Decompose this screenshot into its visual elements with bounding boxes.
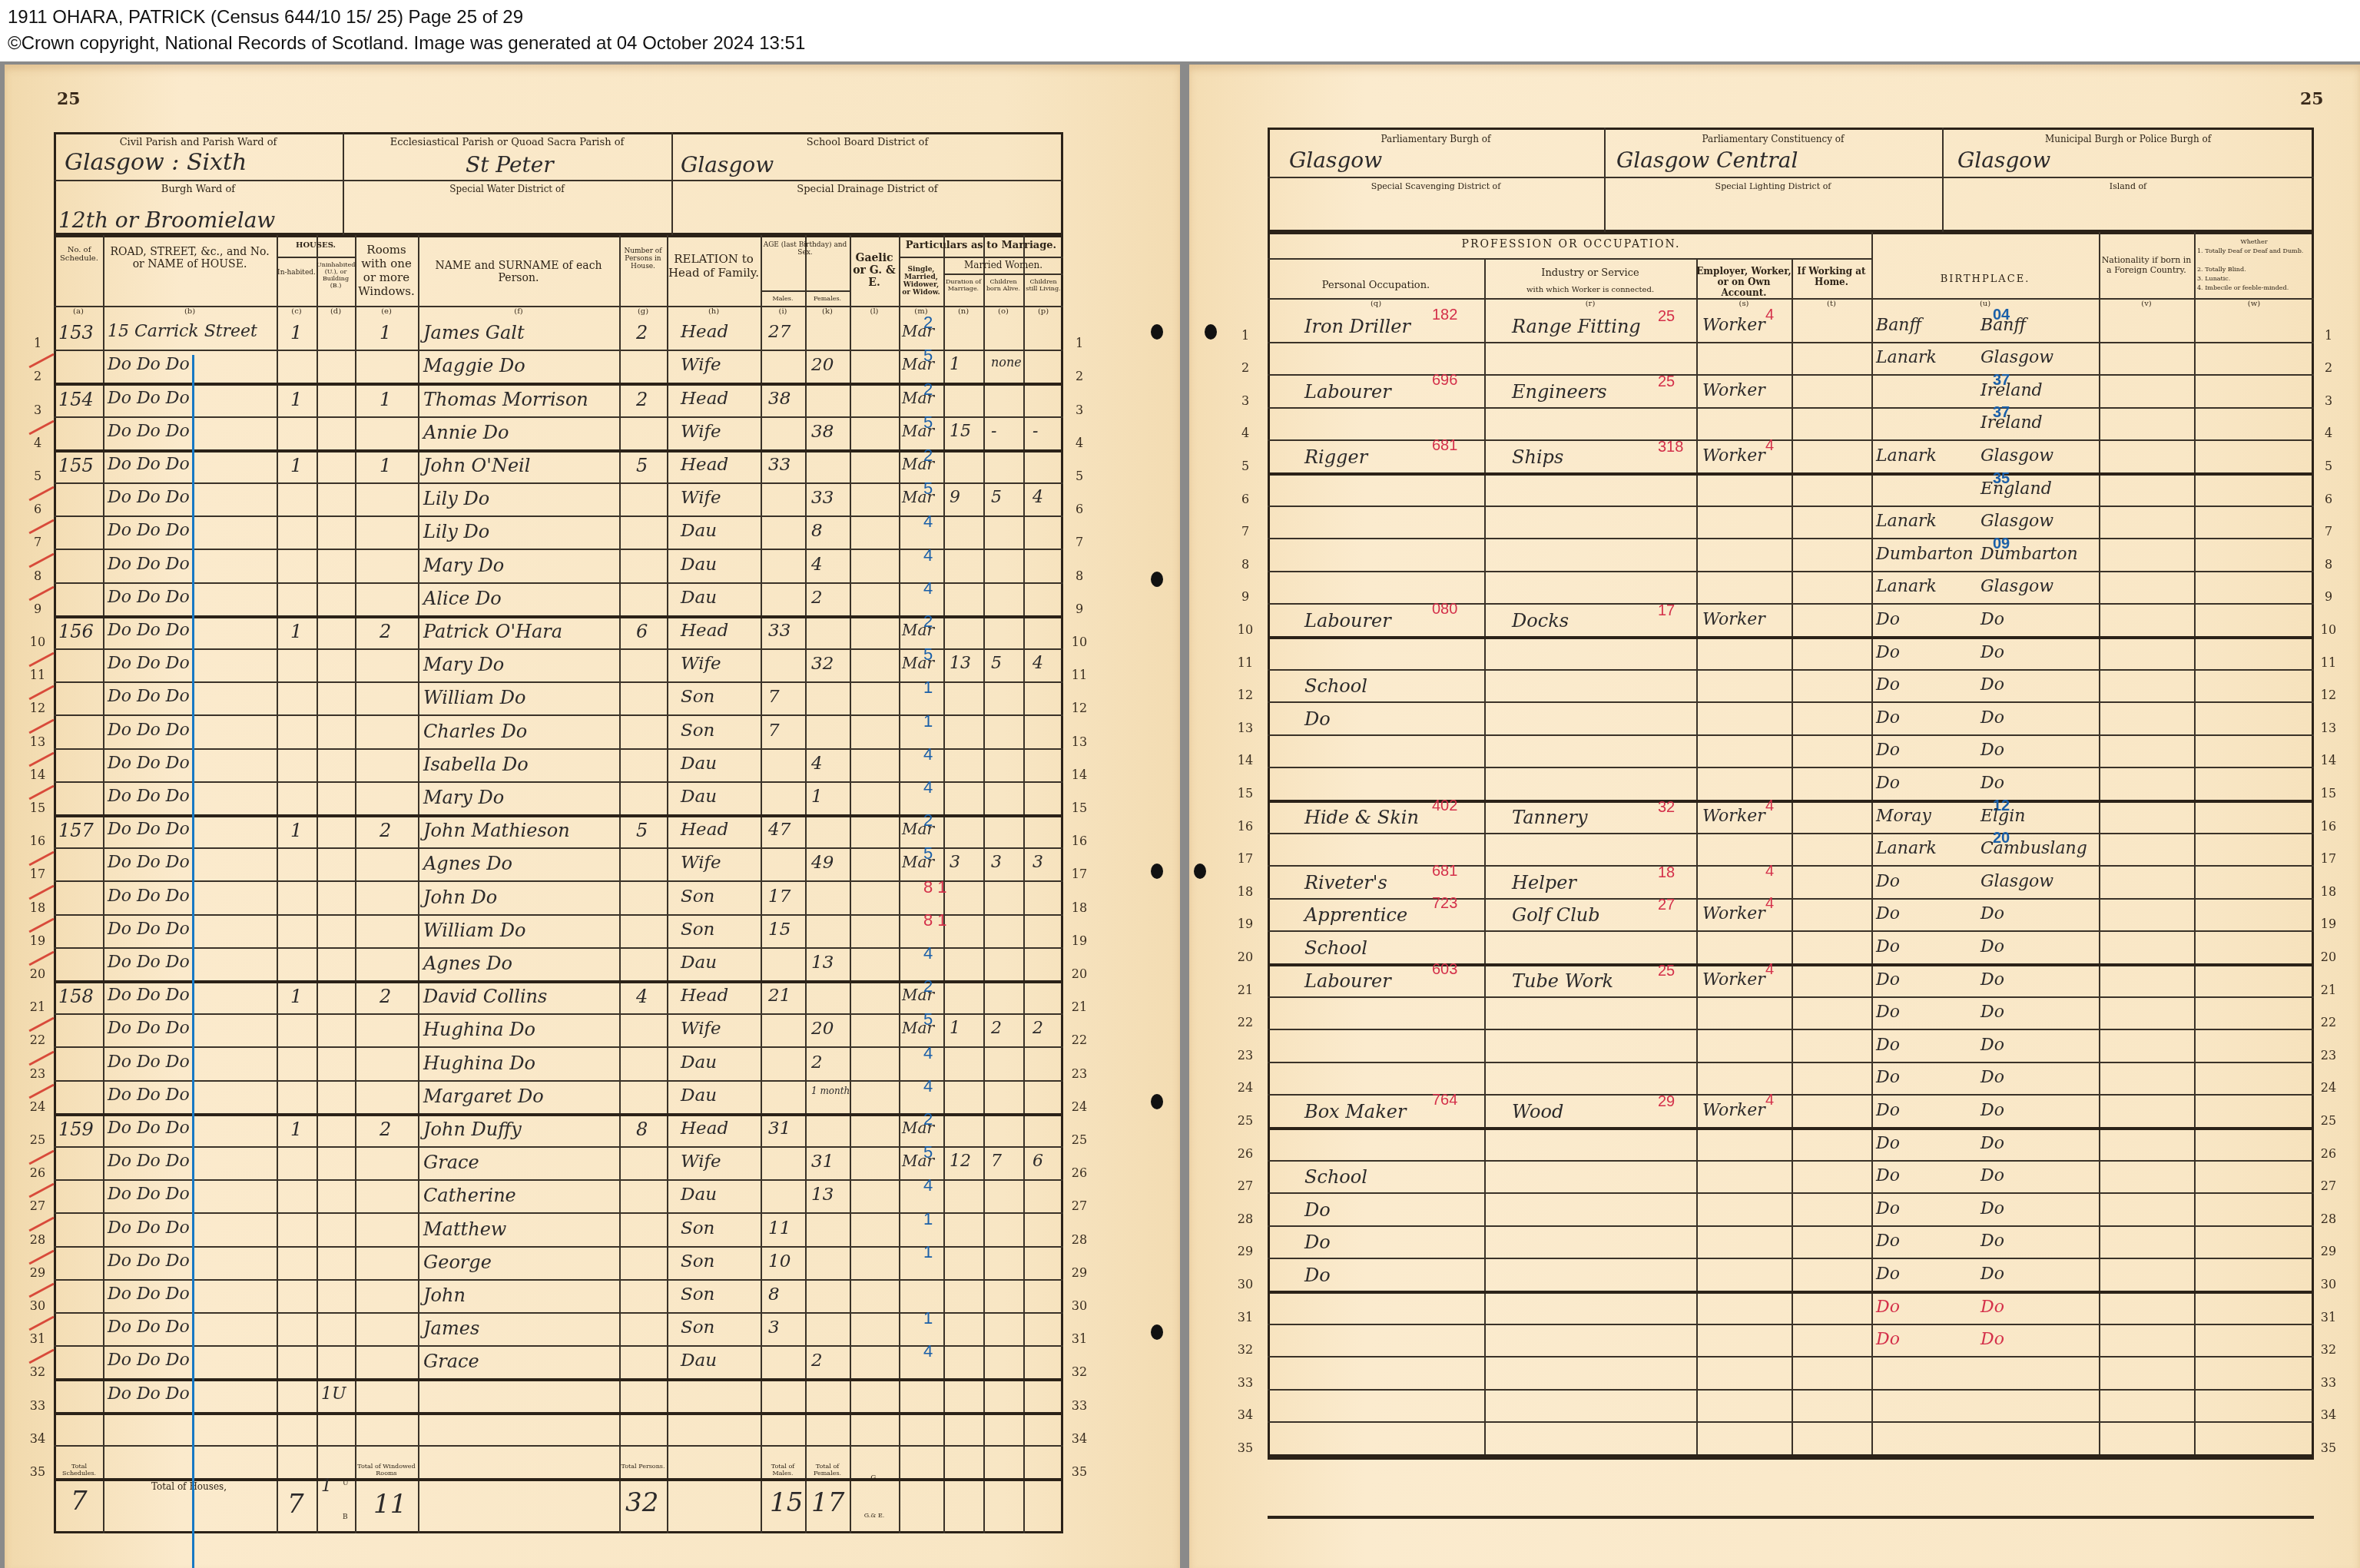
personal-occupation: Rigger: [1304, 446, 1367, 468]
marriage-duration: 12: [950, 1152, 971, 1171]
employer-status: Worker: [1702, 381, 1765, 400]
red-check-mark: [28, 1283, 54, 1298]
birthplace-place: Do: [1980, 904, 2004, 923]
row-number-right: 10: [2317, 622, 2340, 637]
row-rule: [54, 1046, 1063, 1048]
employer-code: 4: [1765, 797, 1774, 815]
row-number-right: 30: [1068, 1298, 1091, 1313]
road-street: Do Do Do: [108, 588, 190, 607]
personal-occupation: Do: [1304, 1232, 1331, 1253]
age-female: 1: [811, 787, 823, 807]
row-number-left: 1: [1234, 328, 1257, 343]
birthplace-county: Lanark: [1876, 512, 1937, 531]
row-rule: [54, 582, 1063, 584]
col-personal-occupation-header: Personal Occupation.: [1268, 280, 1484, 291]
col-marriage-header: Particulars as to Marriage.: [899, 240, 1063, 251]
row-rule: [54, 1279, 1063, 1281]
total-houses-inhabited: 7: [287, 1489, 304, 1520]
row-rule: [1268, 1160, 2314, 1162]
row-rule: [54, 1345, 1063, 1347]
employer-status: Worker: [1702, 970, 1765, 990]
col-infirmity-2: 2. Totally Blind.: [2197, 266, 2312, 273]
row-number-left: 33: [1234, 1375, 1257, 1390]
condition-code: 5: [923, 645, 933, 665]
row-rule: [1268, 800, 2314, 803]
children-born-alive: 3: [991, 853, 1002, 872]
row-number-right: 26: [1068, 1165, 1091, 1180]
person-name: Charles Do: [423, 721, 527, 742]
children-born-alive: none: [991, 355, 1022, 370]
age-female: 4: [811, 754, 823, 774]
row-number-left: 25: [1234, 1113, 1257, 1128]
row-rule: [1268, 1062, 2314, 1063]
road-street: Do Do Do: [108, 687, 190, 706]
industry-code: 25: [1658, 373, 1675, 391]
row-rule: [54, 781, 1063, 783]
age-male: 15: [768, 920, 791, 940]
personal-occupation: School: [1304, 1166, 1367, 1188]
industry-code: 25: [1658, 308, 1675, 326]
total-persons-label: Total Persons.: [619, 1463, 667, 1470]
row-rule: [54, 1113, 1063, 1116]
personal-occupation: School: [1304, 675, 1367, 697]
row-number-left: 24: [26, 1099, 49, 1114]
road-street: Do Do Do: [108, 953, 190, 972]
occupation-code: 603: [1432, 961, 1457, 979]
relation: Dau: [681, 1351, 717, 1371]
row-number-right: 29: [1068, 1265, 1091, 1280]
road-street: Do Do Do: [108, 1285, 190, 1304]
birthplace-county: Do: [1876, 904, 1900, 923]
marriage-duration: 1: [950, 1019, 960, 1038]
children-born-alive: 5: [991, 488, 1002, 507]
column-letter: (w): [2194, 300, 2314, 308]
row-number-left: 1: [26, 336, 49, 350]
row-number-left: 2: [26, 369, 49, 383]
column-letter: (b): [103, 307, 277, 316]
row-rule: [54, 847, 1063, 849]
road-street: Do Do Do: [108, 422, 190, 441]
condition-code: 1: [923, 1242, 933, 1262]
birthplace-place: England: [1980, 479, 2052, 499]
birthplace-place: Do: [1980, 970, 2004, 990]
birthplace-place: Do: [1980, 1298, 2004, 1317]
row-rule: [54, 980, 1063, 983]
col-relation-header: RELATION to Head of Family.: [667, 252, 761, 280]
row-number-right: 24: [1068, 1099, 1091, 1114]
person-name: Agnes Do: [423, 853, 512, 874]
birthplace-place: Banff: [1980, 316, 2026, 335]
relation: Son: [681, 1251, 714, 1271]
road-street: Do Do Do: [108, 853, 190, 872]
row-rule: [54, 383, 1063, 386]
relation: Dau: [681, 521, 717, 541]
person-name: John: [423, 1285, 466, 1306]
row-rule: [1268, 996, 2314, 998]
houses-inhabited: 1: [290, 455, 302, 476]
col-gaelic-header: Gaelic or G. & E.: [850, 252, 899, 289]
age-female: 20: [811, 355, 834, 375]
birthplace-county: Do: [1876, 1265, 1900, 1284]
red-check-mark: [28, 1017, 54, 1033]
personal-occupation: Apprentice: [1304, 904, 1407, 926]
road-street: Do Do Do: [108, 521, 190, 540]
row-number-right: 1: [2317, 328, 2340, 343]
col-at-home-header: If Working at Home.: [1792, 266, 1871, 287]
col-condition-header: Single, Married, Widower, or Widow.: [899, 266, 943, 297]
person-name: Mary Do: [423, 787, 504, 808]
col-industry-header: Industry or Service: [1484, 267, 1696, 279]
road-street: Do Do Do: [108, 1119, 190, 1138]
row-number-right: 29: [2317, 1244, 2340, 1258]
row-rule: [1268, 767, 2314, 768]
water-district-label: Special Water District of: [343, 184, 671, 194]
row-number-right: 14: [1068, 767, 1091, 782]
row-number-right: 34: [2317, 1407, 2340, 1422]
column-letter: (t): [1792, 300, 1871, 308]
red-check-mark: [28, 918, 54, 933]
persons-in-house: 6: [636, 621, 648, 642]
col-infirmity-4: 4. Imbecile or feeble-minded.: [2197, 284, 2312, 291]
red-check-mark: [28, 851, 54, 867]
birthplace-county: Do: [1876, 1330, 1900, 1349]
burgh-ward-label: Burgh Ward of: [54, 184, 343, 195]
row-number-right: 18: [2317, 884, 2340, 899]
condition-code: 5: [923, 346, 933, 366]
person-name: Catherine: [423, 1185, 516, 1206]
row-number-left: 16: [26, 834, 49, 848]
red-check-mark: [28, 1084, 54, 1099]
row-number-right: 14: [2317, 753, 2340, 767]
occupation-code: 080: [1432, 601, 1457, 618]
birthplace-place: Do: [1980, 1134, 2004, 1153]
row-rule: [1268, 636, 2314, 639]
road-street: Do Do Do: [108, 1053, 190, 1072]
occupation-code: 681: [1432, 863, 1457, 880]
birthplace-county: Do: [1876, 675, 1900, 694]
condition-code: 2: [923, 446, 933, 466]
birthplace-county: Dumbarton: [1876, 545, 1974, 564]
condition-code: 4: [923, 1043, 933, 1063]
row-number-left: 5: [1234, 459, 1257, 473]
column-rule: [277, 235, 278, 1533]
person-name: George: [423, 1251, 492, 1273]
row-rule: [54, 482, 1063, 484]
row-number-right: 11: [1068, 668, 1091, 682]
birthplace-county: Do: [1876, 741, 1900, 760]
industry-service: Wood: [1512, 1101, 1563, 1122]
condition-code: 5: [923, 479, 933, 499]
road-street: Do Do Do: [108, 721, 190, 740]
row-number-right: 3: [1068, 403, 1091, 417]
row-number-left: 23: [1234, 1048, 1257, 1062]
children-born-alive: 2: [991, 1019, 1002, 1038]
birthplace-place: Do: [1980, 1232, 2004, 1251]
row-rule: [1268, 1324, 2314, 1325]
road-street: Do Do Do: [108, 1019, 190, 1038]
road-street: Do Do Do: [108, 986, 190, 1005]
condition-code: 2: [923, 313, 933, 333]
children-born-alive: 7: [991, 1152, 1002, 1171]
col-still-living-header: Children still Living.: [1023, 278, 1063, 292]
children-still-living: 4: [1032, 654, 1043, 673]
row-rule: [1268, 1225, 2314, 1227]
row-number-left: 6: [26, 502, 49, 516]
right-page: 25 Parliamentary Burgh of Glasgow Specia…: [1189, 65, 2360, 1568]
marriage-duration: 15: [950, 422, 971, 441]
row-rule: [1268, 963, 2314, 966]
column-rule: [317, 235, 318, 1533]
occupation-code: 764: [1432, 1092, 1457, 1109]
occupation-code: 681: [1432, 437, 1457, 455]
condition-code: 4: [923, 512, 933, 532]
birthplace-place: Do: [1980, 1101, 2004, 1120]
industry-code: 25: [1658, 963, 1675, 980]
column-rule: [1696, 258, 1698, 1454]
row-number-left: 20: [26, 966, 49, 981]
industry-service: Tube Work: [1512, 970, 1613, 992]
row-rule: [54, 1179, 1063, 1181]
industry-service: Ships: [1512, 446, 1563, 468]
schedule-number: 159: [58, 1119, 94, 1140]
row-number-right: 10: [1068, 635, 1091, 649]
employer-code: 4: [1765, 307, 1774, 324]
row-number-right: 16: [1068, 834, 1091, 848]
industry-code: 17: [1658, 602, 1675, 620]
person-name: Annie Do: [423, 422, 509, 443]
persons-in-house: 8: [636, 1119, 648, 1140]
employer-code: 4: [1765, 863, 1774, 880]
row-rule: [1268, 930, 2314, 932]
employer-status: Worker: [1702, 446, 1765, 466]
relation: Wife: [681, 654, 721, 674]
relation: Head: [681, 820, 728, 840]
col-houses-header: HOUSES.: [277, 241, 355, 250]
row-number-left: 4: [1234, 426, 1257, 440]
row-number-left: 35: [26, 1464, 49, 1479]
birthplace-county: Banff: [1876, 316, 1921, 335]
age-male: 8: [768, 1285, 780, 1304]
row-number-right: 19: [1068, 933, 1091, 948]
industry-code: 18: [1658, 864, 1675, 882]
row-number-left: 30: [1234, 1277, 1257, 1291]
column-rule: [1023, 235, 1025, 1533]
row-number-right: 32: [2317, 1342, 2340, 1357]
relation: Dau: [681, 1185, 717, 1205]
employer-status: Worker: [1702, 1101, 1765, 1120]
caption-copyright: ©Crown copyright, National Records of Sc…: [8, 31, 805, 57]
row-number-right: 32: [1068, 1364, 1091, 1379]
parl-burgh-label: Parliamentary Burgh of: [1268, 134, 1604, 144]
row-number-left: 29: [1234, 1244, 1257, 1258]
schedule-number: 155: [58, 455, 94, 476]
birthplace-county: Lanark: [1876, 348, 1937, 367]
relation: Dau: [681, 588, 717, 608]
row-number-left: 35: [1234, 1440, 1257, 1455]
personal-occupation: School: [1304, 937, 1367, 959]
column-rule: [1871, 232, 1873, 1454]
marriage-duration: 9: [950, 488, 960, 507]
industry-service: Tannery: [1512, 807, 1588, 828]
relation: Dau: [681, 787, 717, 807]
row-number-left: 32: [26, 1364, 49, 1379]
person-name: Matthew: [423, 1218, 506, 1240]
industry-service: Engineers: [1512, 381, 1607, 403]
industry-code: 27: [1658, 897, 1675, 914]
condition-code: 1: [923, 1209, 933, 1229]
birthplace-county: Do: [1876, 1298, 1900, 1317]
row-number-right: 18: [1068, 900, 1091, 915]
birthplace-place: Glasgow: [1980, 446, 2053, 466]
punch-hole: [1151, 1094, 1163, 1109]
houses-inhabited: 1: [290, 986, 302, 1007]
personal-occupation: Labourer: [1304, 970, 1391, 992]
header-rule: [1268, 258, 1871, 260]
birthplace-place: Do: [1980, 1068, 2004, 1087]
rooms-count: 2: [380, 621, 391, 642]
personal-occupation: Hide & Skin: [1304, 807, 1419, 828]
left-page-number: 25: [57, 89, 81, 109]
row-number-right: 33: [2317, 1375, 2340, 1390]
row-rule: [1268, 439, 2314, 441]
road-street: Do Do Do: [108, 488, 190, 507]
header-rule: [899, 257, 1063, 258]
children-still-living: -: [1032, 422, 1038, 441]
row-rule: [1268, 571, 2314, 572]
employer-code: 4: [1765, 1092, 1774, 1109]
row-number-right: 7: [2317, 524, 2340, 539]
row-number-left: 3: [1234, 393, 1257, 408]
houses-uninhabited: 1U: [321, 1384, 346, 1404]
person-name: John O'Neil: [423, 455, 530, 476]
birthplace-place: Ireland: [1980, 413, 2043, 433]
birthplace-county: Do: [1876, 937, 1900, 956]
relation: Dau: [681, 754, 717, 774]
schedule-number: 153: [58, 322, 94, 343]
row-rule: [1268, 342, 2314, 343]
occupation-code: 723: [1432, 895, 1457, 913]
age-female: 4: [811, 555, 823, 575]
row-number-left: 27: [26, 1198, 49, 1213]
person-name: Grace: [423, 1152, 479, 1173]
column-rule: [761, 235, 762, 1533]
age-male: 33: [768, 621, 791, 641]
age-male: 38: [768, 389, 791, 409]
birthplace-county: Do: [1876, 1232, 1900, 1251]
row-number-right: 27: [1068, 1198, 1091, 1213]
row-number-left: 31: [1234, 1310, 1257, 1324]
total-schedules: 7: [71, 1486, 88, 1517]
column-letter: (v): [2099, 300, 2194, 308]
row-number-left: 19: [26, 933, 49, 948]
persons-in-house: 5: [636, 820, 648, 841]
row-number-right: 25: [1068, 1132, 1091, 1147]
left-page: 25 Civil Parish and Parish Ward of Glasg…: [5, 65, 1180, 1568]
right-census-table: [1268, 232, 2314, 1460]
road-street: Do Do Do: [108, 1086, 190, 1105]
employer-code: 4: [1765, 895, 1774, 913]
row-rule: [54, 1212, 1063, 1214]
row-number-left: 12: [26, 701, 49, 715]
row-number-left: 9: [26, 602, 49, 616]
col-birthplace-header: BIRTHPLACE.: [1871, 273, 2099, 285]
row-number-left: 11: [26, 668, 49, 682]
red-check-mark: [28, 1349, 54, 1364]
row-number-right: 5: [2317, 459, 2340, 473]
col-road-header: ROAD, STREET, &c., and No. or NAME of HO…: [103, 246, 277, 270]
condition-code: 1: [923, 1308, 933, 1328]
person-name: James Galt: [423, 322, 525, 343]
red-check-mark: [28, 1216, 54, 1232]
person-name: Grace: [423, 1351, 479, 1372]
row-number-right: 23: [1068, 1066, 1091, 1081]
row-rule: [1268, 1029, 2314, 1030]
census-scan: 25 Civil Parish and Parish Ward of Glasg…: [0, 61, 2360, 1568]
row-number-left: 14: [1234, 753, 1257, 767]
row-number-left: 18: [26, 900, 49, 915]
row-rule: [1268, 1258, 2314, 1259]
row-number-left: 10: [1234, 622, 1257, 637]
condition-code: 8 1: [923, 877, 947, 897]
row-rule: [54, 615, 1063, 618]
row-number-left: 13: [26, 734, 49, 749]
person-name: John Mathieson: [423, 820, 570, 841]
total-males: 15: [770, 1487, 803, 1518]
rooms-count: 2: [380, 986, 391, 1007]
age-male: 7: [768, 687, 780, 707]
age-female: 20: [811, 1019, 834, 1039]
industry-service: Golf Club: [1512, 904, 1600, 926]
industry-service: Helper: [1512, 872, 1576, 893]
relation: Son: [681, 1318, 714, 1338]
row-number-left: 17: [26, 867, 49, 881]
col-profession-header: PROFESSION OR OCCUPATION.: [1268, 238, 1874, 250]
row-rule: [54, 1013, 1063, 1015]
row-number-left: 14: [26, 767, 49, 782]
age-male: 27: [768, 322, 791, 342]
row-number-left: 8: [1234, 557, 1257, 572]
schedule-number: 158: [58, 986, 94, 1007]
civil-parish-value: Glasgow : Sixth: [65, 149, 247, 176]
row-number-right: 33: [1068, 1398, 1091, 1413]
col-age-header: AGE (last Birthday) and Sex.: [761, 241, 850, 257]
row-number-right: 20: [2317, 950, 2340, 964]
row-number-right: 21: [1068, 999, 1091, 1014]
person-name: Maggie Do: [423, 355, 525, 376]
column-letter: (g): [619, 307, 667, 316]
relation: Head: [681, 621, 728, 641]
row-number-right: 9: [1068, 602, 1091, 616]
personal-occupation: Iron Driller: [1304, 316, 1410, 337]
column-rule: [805, 235, 807, 1533]
row-rule: [1268, 1127, 2314, 1130]
row-rule: [1268, 538, 2314, 539]
row-rule: [1268, 1389, 2314, 1391]
condition-code: 2: [923, 380, 933, 399]
column-rule: [418, 235, 419, 1533]
row-rule: [54, 350, 1063, 351]
row-number-left: 29: [26, 1265, 49, 1280]
row-number-right: 35: [1068, 1464, 1091, 1479]
row-rule: [54, 648, 1063, 650]
row-number-right: 6: [1068, 502, 1091, 516]
column-rule: [1792, 258, 1793, 1454]
relation: Son: [681, 887, 714, 907]
road-street: 15 Carrick Street: [108, 322, 257, 341]
person-name: William Do: [423, 687, 525, 708]
condition-code: 5: [923, 1009, 933, 1029]
row-number-right: 4: [1068, 436, 1091, 450]
